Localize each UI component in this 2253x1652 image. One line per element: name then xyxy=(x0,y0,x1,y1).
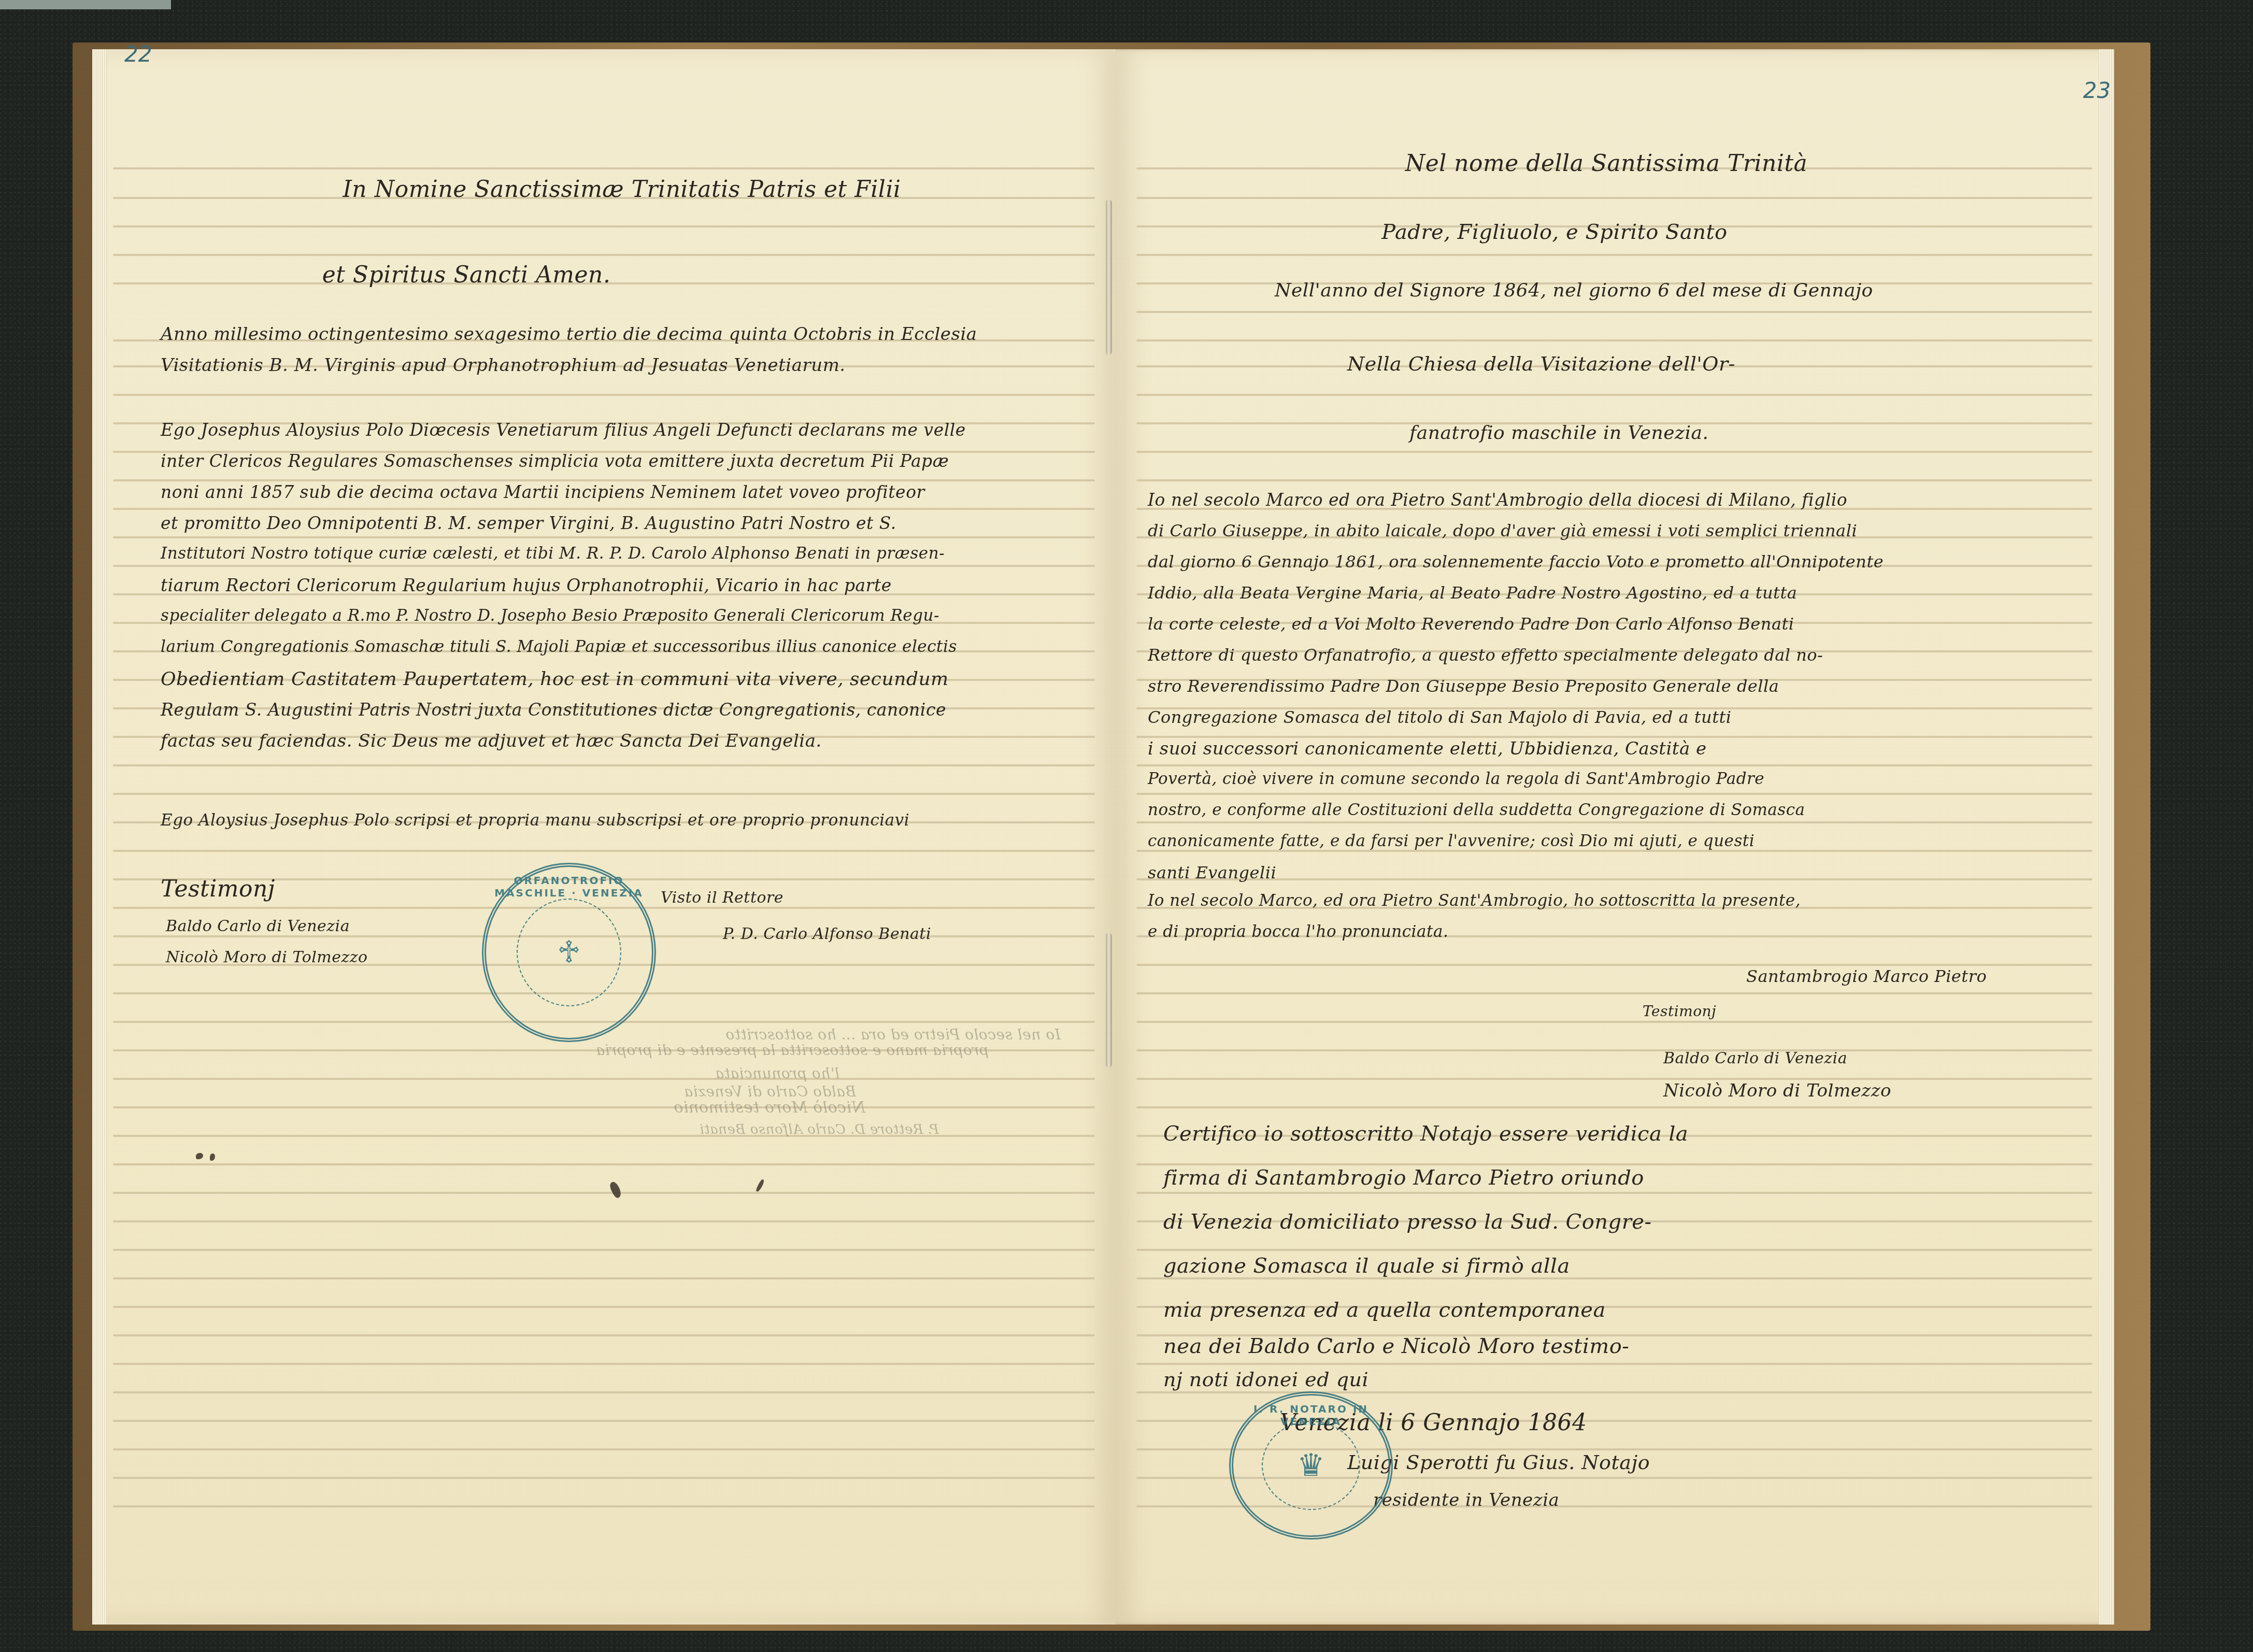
right-title-line5: fanatrofio maschile in Venezia. xyxy=(1409,422,1708,444)
seal-inscription: ORFANOTROFIO MASCHILE · VENEZIA xyxy=(486,867,652,1038)
right-body-line12: canonicamente fatte, e da farsi per l'av… xyxy=(1148,832,1755,850)
left-witness-1: Baldo Carlo di Venezia xyxy=(166,917,350,935)
orphanage-seal-stamp: ORFANOTROFIO MASCHILE · VENEZIA ♱ xyxy=(482,863,656,1042)
right-closing-line1: Io nel secolo Marco, ed ora Pietro Sant'… xyxy=(1148,891,1801,910)
right-title-line3: Nell'anno del Signore 1864, nel giorno 6… xyxy=(1275,280,1873,301)
right-body-line1: Io nel secolo Marco ed ora Pietro Sant'A… xyxy=(1148,490,1847,510)
show-through-line3: l'ho pronunciata xyxy=(715,1065,839,1082)
right-body-line5: la corte celeste, ed a Voi Molto Reveren… xyxy=(1148,614,1794,634)
show-through-line1: Io nel secolo Pietro ed ora ... ho sotto… xyxy=(725,1026,1061,1043)
right-body-line6: Rettore di questo Orfanatrofio, a questo… xyxy=(1148,645,1823,665)
left-title-line1: In Nomine Sanctissimæ Trinitatis Patris … xyxy=(155,176,1088,203)
right-witness-1: Baldo Carlo di Venezia xyxy=(1663,1049,1847,1067)
left-para2-line10: Regulam S. Augustini Patris Nostri juxta… xyxy=(161,700,946,720)
left-para2-line11: factas seu faciendas. Sic Deus me adjuve… xyxy=(161,731,822,751)
right-title-line1: Nel nome della Santissima Trinità xyxy=(1192,150,2021,177)
binding-stitch-bottom xyxy=(1106,933,1112,1067)
left-para2-line7: specialiter delegato a R.mo P. Nostro D.… xyxy=(161,606,939,625)
page-number-right: 23 xyxy=(2083,78,2111,103)
show-through-line6: P. Rettore D. Carlo Alfonso Benati xyxy=(700,1122,939,1137)
left-para2-line9: Obedientiam Castitatem Paupertatem, hoc … xyxy=(161,668,949,690)
left-para1-line2: Visitationis B. M. Virginis apud Orphano… xyxy=(161,355,846,376)
left-para2-line4: et promitto Deo Omnipotenti B. M. semper… xyxy=(161,513,896,533)
right-title-line2: Padre, Figliuolo, e Spirito Santo xyxy=(1192,220,1917,244)
right-body-line7: stro Reverendissimo Padre Don Giuseppe B… xyxy=(1148,676,1779,696)
notary-seal-stamp: I. R. NOTARO IN VENEZIA ♛ xyxy=(1229,1391,1393,1540)
left-page-edges xyxy=(92,49,107,1625)
notary-line7: nj noti idonei ed qui xyxy=(1163,1368,1368,1391)
right-signature: Santambrogio Marco Pietro xyxy=(1746,966,1987,986)
left-para2-line2: inter Clericos Regulares Somaschenses si… xyxy=(161,451,949,471)
scan-calibration-strip xyxy=(0,0,171,9)
right-body-line4: Iddio, alla Beata Vergine Maria, al Beat… xyxy=(1148,583,1797,603)
show-through-line2: propria mano e sottoscritta la presente … xyxy=(596,1042,989,1059)
left-para2-line5: Institutori Nostro totique curiæ cælesti… xyxy=(161,544,945,563)
right-title-line4: Nella Chiesa della Visitazione dell'Or- xyxy=(1347,352,1735,375)
show-through-line5: Nicolò Moro testimonio xyxy=(674,1099,865,1117)
right-body-line3: dal giorno 6 Gennajo 1861, ora solenneme… xyxy=(1148,552,1884,572)
left-para2-line8: larium Congregationis Somaschæ tituli S.… xyxy=(161,637,957,656)
right-body-line2: di Carlo Giuseppe, in abito laicale, dop… xyxy=(1148,521,1857,540)
right-body-line13: santi Evangelii xyxy=(1148,863,1276,882)
seal-inscription: I. R. NOTARO IN VENEZIA xyxy=(1233,1395,1389,1535)
notary-signature-line2: residente in Venezia xyxy=(1373,1490,1559,1511)
left-witnesses-heading: Testimonj xyxy=(161,876,275,902)
left-para1-line1: Anno millesimo octingentesimo sexagesimo… xyxy=(161,324,977,345)
notary-line5: mia presenza ed a quella contemporanea xyxy=(1163,1298,1606,1322)
notary-line3: di Venezia domiciliato presso la Sud. Co… xyxy=(1163,1210,1651,1234)
left-rector-signature: P. D. Carlo Alfonso Benati xyxy=(723,925,931,943)
notary-line4: gazione Somasca il quale si firmò alla xyxy=(1163,1254,1570,1278)
left-para2-line3: noni anni 1857 sub die decima octava Mar… xyxy=(161,482,925,502)
left-para2-line6: tiarum Rectori Clericorum Regularium huj… xyxy=(161,575,892,595)
left-visto-rettore: Visto il Rettore xyxy=(661,889,783,907)
notary-line6: nea dei Baldo Carlo e Nicolò Moro testim… xyxy=(1163,1334,1629,1358)
right-witness-2: Nicolò Moro di Tolmezzo xyxy=(1663,1080,1891,1101)
right-body-line9: i suoi successori canonicamente eletti, … xyxy=(1148,738,1707,759)
right-body-line11: nostro, e conforme alle Costituzioni del… xyxy=(1148,801,1805,819)
left-subscription: Ego Aloysius Josephus Polo scripsi et pr… xyxy=(161,811,909,830)
right-page-edges xyxy=(2099,49,2114,1625)
left-witness-2: Nicolò Moro di Tolmezzo xyxy=(166,948,368,966)
right-body-line8: Congregazione Somasca del titolo di San … xyxy=(1148,707,1732,727)
right-closing-line2: e di propria bocca l'ho pronunciata. xyxy=(1148,922,1448,941)
show-through-line4: Baldo Carlo di Venezia xyxy=(684,1083,856,1100)
left-title-line2: et Spiritus Sancti Amen. xyxy=(155,262,777,288)
notary-line2: firma di Santambrogio Marco Pietro oriun… xyxy=(1163,1166,1644,1190)
right-witnesses-heading: Testimonj xyxy=(1643,1003,1716,1020)
binding-stitch-top xyxy=(1106,200,1112,355)
left-para2-line1: Ego Josephus Aloysius Polo Diœcesis Vene… xyxy=(161,420,966,440)
page-number-left: 22 xyxy=(124,41,152,67)
notary-line1: Certifico io sottoscritto Notajo essere … xyxy=(1163,1122,1688,1146)
right-body-line10: Povertà, cioè vivere in comune secondo l… xyxy=(1148,770,1764,788)
